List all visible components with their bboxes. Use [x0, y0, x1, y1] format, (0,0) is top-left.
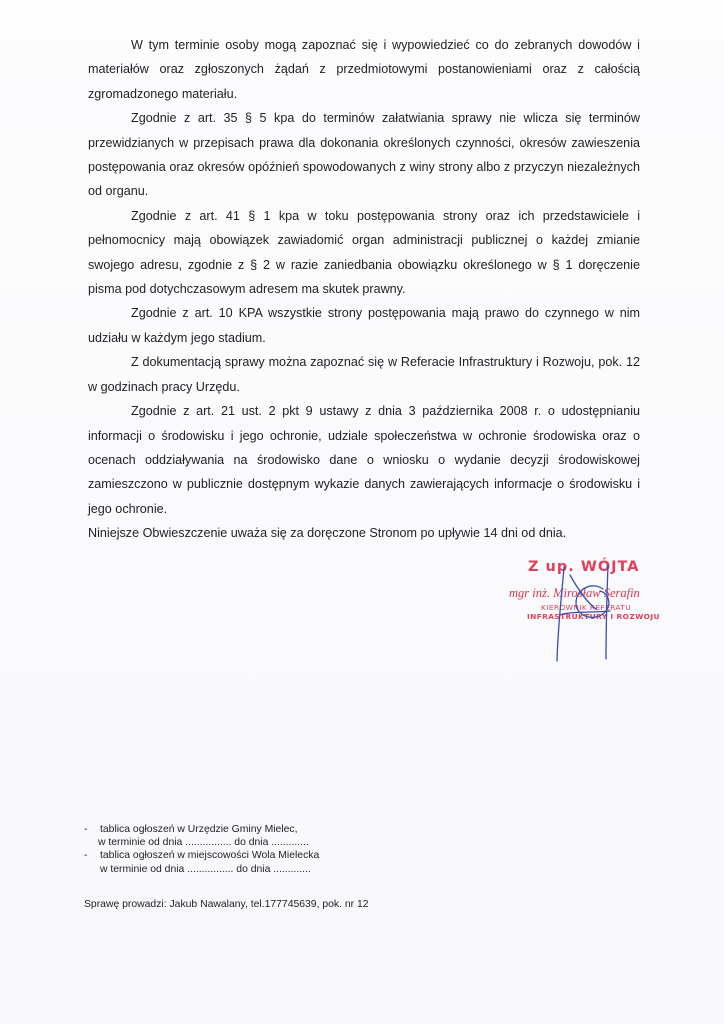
- distribution-term: w terminie od dnia ................ do d…: [84, 836, 319, 849]
- document-body: W tym terminie osoby mogą zapoznać się i…: [88, 33, 640, 546]
- paragraph-review-period: W tym terminie osoby mogą zapoznać się i…: [88, 33, 640, 106]
- document-page: W tym terminie osoby mogą zapoznać się i…: [0, 0, 724, 1024]
- paragraph-art-35: Zgodnie z art. 35 § 5 kpa do terminów za…: [88, 106, 640, 204]
- distribution-place: tablica ogłoszeń w miejscowości Wola Mie…: [100, 849, 319, 862]
- list-item: - tablica ogłoszeń w miejscowości Wola M…: [84, 849, 319, 862]
- official-stamp: Z up. WÓJTA mgr inż. Mirosław Serafin KI…: [500, 553, 690, 673]
- distribution-term: w terminie od dnia ................ do d…: [84, 863, 319, 876]
- list-item: - tablica ogłoszeń w Urzędzie Gminy Miel…: [84, 823, 319, 836]
- case-handler: Sprawę prowadzi: Jakub Nawalany, tel.177…: [84, 899, 369, 910]
- paragraph-art-10: Zgodnie z art. 10 KPA wszystkie strony p…: [88, 301, 640, 350]
- distribution-place: tablica ogłoszeń w Urzędzie Gminy Mielec…: [100, 823, 298, 836]
- paragraph-delivery-notice: Niniejsze Obwieszczenie uważa się za dor…: [88, 521, 640, 545]
- paragraph-documentation: Z dokumentacją sprawy można zapoznać się…: [88, 350, 640, 399]
- paragraph-art-21: Zgodnie z art. 21 ust. 2 pkt 9 ustawy z …: [88, 399, 640, 521]
- distribution-list: - tablica ogłoszeń w Urzędzie Gminy Miel…: [84, 823, 319, 876]
- signature-icon: [500, 553, 690, 673]
- paragraph-art-41: Zgodnie z art. 41 § 1 kpa w toku postępo…: [88, 204, 640, 302]
